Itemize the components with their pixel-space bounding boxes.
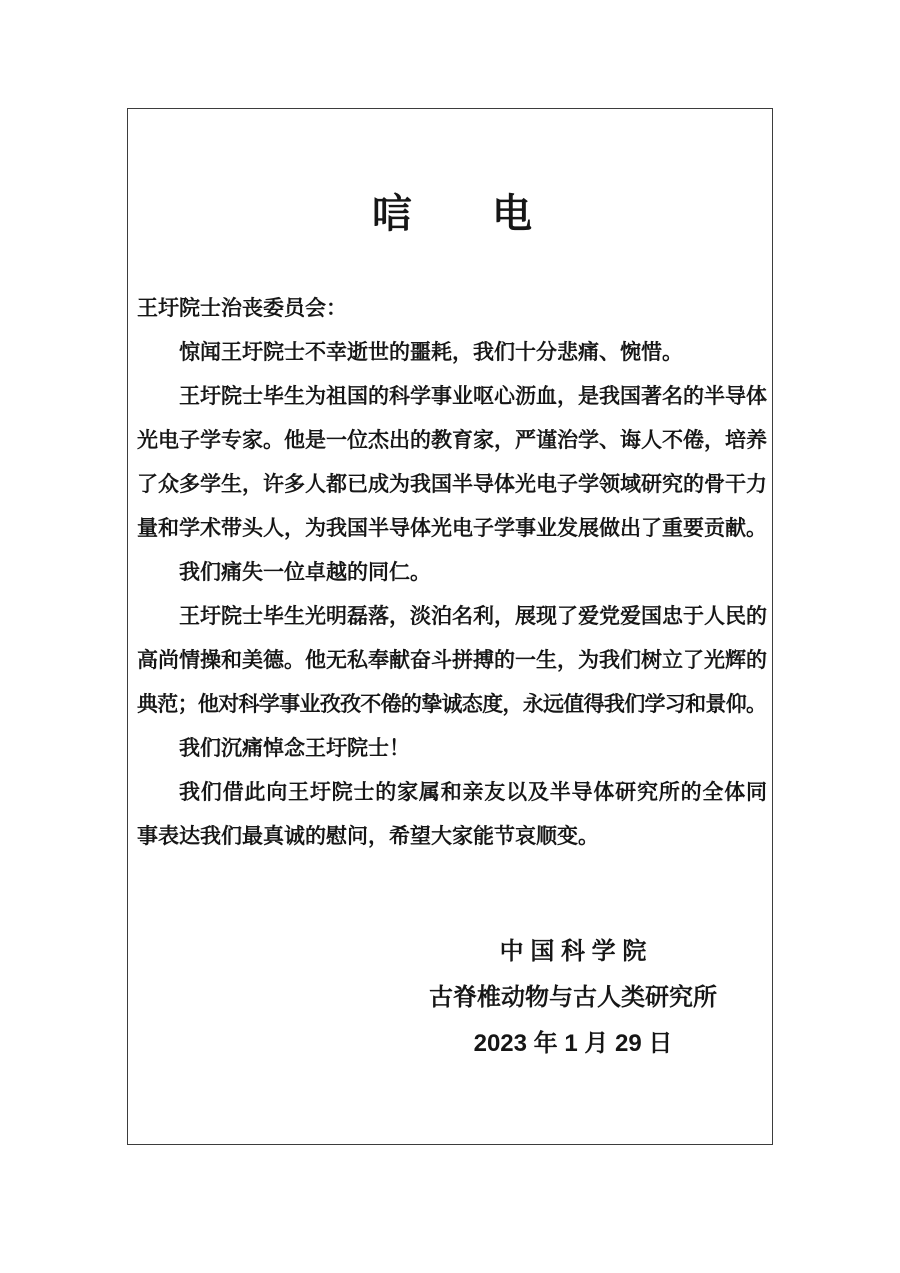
- paragraph: 王圩院士毕生为祖国的科学事业呕心沥血，是我国著名的半导体光电子学专家。他是一位杰…: [137, 375, 767, 551]
- paragraph: 惊闻王圩院士不幸逝世的噩耗，我们十分悲痛、惋惜。: [137, 331, 767, 375]
- paragraph: 王圩院士毕生光明磊落，淡泊名利，展现了爱党爱国忠于人民的高尚情操和美德。他无私奉…: [137, 595, 767, 727]
- document-title: 唁 电: [137, 193, 767, 235]
- document-page: 唁 电 王圩院士治丧委员会： 惊闻王圩院士不幸逝世的噩耗，我们十分悲痛、惋惜。王…: [0, 0, 900, 1273]
- document-content: 唁 电 王圩院士治丧委员会： 惊闻王圩院士不幸逝世的噩耗，我们十分悲痛、惋惜。王…: [128, 109, 772, 1067]
- text-line: 我们痛失一位卓越的同仁。: [137, 551, 767, 595]
- text-line: 事表达我们最真诚的慰问，希望大家能节哀顺变。: [137, 815, 767, 859]
- document-body: 王圩院士治丧委员会： 惊闻王圩院士不幸逝世的噩耗，我们十分悲痛、惋惜。王圩院士毕…: [137, 287, 767, 1067]
- text-line: 我们沉痛悼念王圩院士！: [137, 727, 767, 771]
- paragraph: 我们沉痛悼念王圩院士！: [137, 727, 767, 771]
- paragraph: 我们借此向王圩院士的家属和亲友以及半导体研究所的全体同事表达我们最真诚的慰问，希…: [137, 771, 767, 859]
- signature-block: 中 国 科 学 院 古脊椎动物与古人类研究所 2023 年 1 月 29 日: [429, 929, 717, 1067]
- signature-org-line2: 古脊椎动物与古人类研究所: [429, 975, 717, 1021]
- signature-date: 2023 年 1 月 29 日: [429, 1021, 717, 1067]
- text-line: 典范；他对科学事业孜孜不倦的挚诚态度，永远值得我们学习和景仰。: [137, 683, 767, 727]
- paragraph: 我们痛失一位卓越的同仁。: [137, 551, 767, 595]
- text-line: 我们借此向王圩院士的家属和亲友以及半导体研究所的全体同: [137, 771, 767, 815]
- text-line: 量和学术带头人，为我国半导体光电子学事业发展做出了重要贡献。: [137, 507, 767, 551]
- document-border-frame: 唁 电 王圩院士治丧委员会： 惊闻王圩院士不幸逝世的噩耗，我们十分悲痛、惋惜。王…: [127, 108, 773, 1145]
- text-line: 王圩院士毕生光明磊落，淡泊名利，展现了爱党爱国忠于人民的: [137, 595, 767, 639]
- body-paragraphs: 惊闻王圩院士不幸逝世的噩耗，我们十分悲痛、惋惜。王圩院士毕生为祖国的科学事业呕心…: [137, 331, 767, 859]
- text-line: 光电子学专家。他是一位杰出的教育家，严谨治学、诲人不倦，培养: [137, 419, 767, 463]
- salutation: 王圩院士治丧委员会：: [137, 287, 767, 331]
- text-line: 高尚情操和美德。他无私奉献奋斗拼搏的一生，为我们树立了光辉的: [137, 639, 767, 683]
- text-line: 王圩院士毕生为祖国的科学事业呕心沥血，是我国著名的半导体: [137, 375, 767, 419]
- text-line: 了众多学生，许多人都已成为我国半导体光电子学领域研究的骨干力: [137, 463, 767, 507]
- signature-org-line1: 中 国 科 学 院: [429, 929, 717, 975]
- text-line: 惊闻王圩院士不幸逝世的噩耗，我们十分悲痛、惋惜。: [137, 331, 767, 375]
